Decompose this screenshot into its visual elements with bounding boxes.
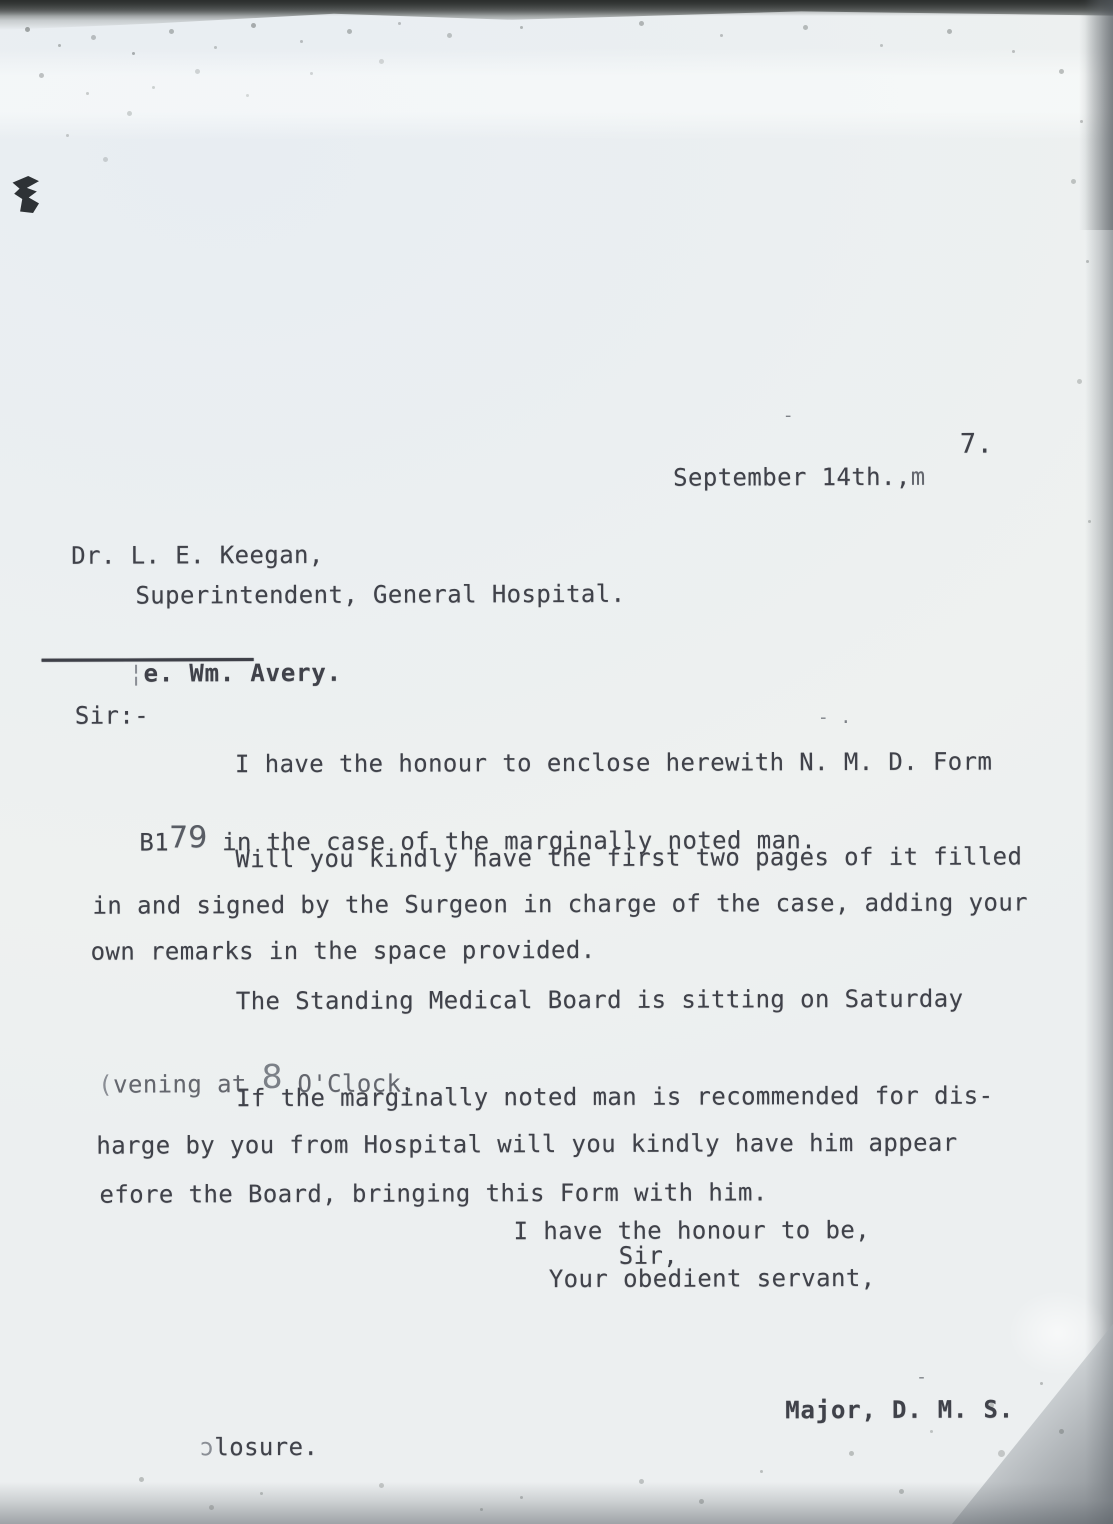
enclosure-text: losure. bbox=[214, 1433, 318, 1461]
paragraph2-line1: Will you kindly have the first two pages… bbox=[235, 842, 1022, 873]
marginal-note-text: e. Wm. Avery. bbox=[144, 659, 342, 688]
stray-dash-mark-2: - bbox=[916, 1367, 927, 1388]
date-line: September 14th.,m bbox=[584, 435, 926, 520]
salutation: Sir:- bbox=[75, 701, 149, 729]
paragraph4-line3: efore the Board, bringing this Form with… bbox=[99, 1178, 767, 1208]
recipient-name: Dr. L. E. Keegan, bbox=[71, 541, 324, 570]
clipped-char-mark: ( bbox=[98, 1071, 113, 1099]
form-number-prefix: B1 bbox=[139, 828, 169, 856]
closing-line3: Your obedient servant, bbox=[549, 1264, 876, 1293]
enclosure-partial-char: ɔ bbox=[199, 1433, 214, 1461]
paragraph1-line2: B179 in the case of the marginally noted… bbox=[50, 793, 816, 887]
paragraph3-line1: The Standing Medical Board is sitting on… bbox=[236, 985, 964, 1016]
date-text: September 14th., bbox=[673, 463, 911, 492]
paragraph4-line2: harge by you from Hospital will you kind… bbox=[96, 1129, 957, 1160]
paragraph2-line2: in and signed by the Surgeon in charge o… bbox=[92, 888, 1028, 919]
signature-block: Major, D. M. S. bbox=[785, 1395, 1014, 1424]
stray-dash-mark: - bbox=[783, 405, 794, 426]
paragraph1-line1: I have the honour to enclose herewith N.… bbox=[235, 747, 992, 778]
stray-dash-dot-mark: - . bbox=[818, 707, 852, 728]
marginal-note-partial-char: ¦ bbox=[129, 659, 144, 687]
closing-line1: I have the honour to be, bbox=[514, 1216, 870, 1245]
date-suffix: m bbox=[911, 463, 926, 491]
paragraph2-line3: own remarks in the space provided. bbox=[91, 936, 596, 966]
recipient-title: Superintendent, General Hospital. bbox=[135, 580, 625, 610]
form-number-digits: 79 bbox=[169, 820, 207, 855]
scanned-letter-page: - September 14th.,m 7. Dr. L. E. Keegan,… bbox=[0, 0, 1113, 1524]
paragraph3-line2: (vening at 8 O'Clock. bbox=[9, 1032, 416, 1128]
letter-text-layer: - September 14th.,m 7. Dr. L. E. Keegan,… bbox=[0, 0, 1113, 1524]
page-number: 7. bbox=[960, 428, 993, 459]
enclosure-note: ɔlosure. bbox=[110, 1405, 318, 1490]
paragraph4-line1: If the marginally noted man is recommend… bbox=[236, 1081, 993, 1112]
